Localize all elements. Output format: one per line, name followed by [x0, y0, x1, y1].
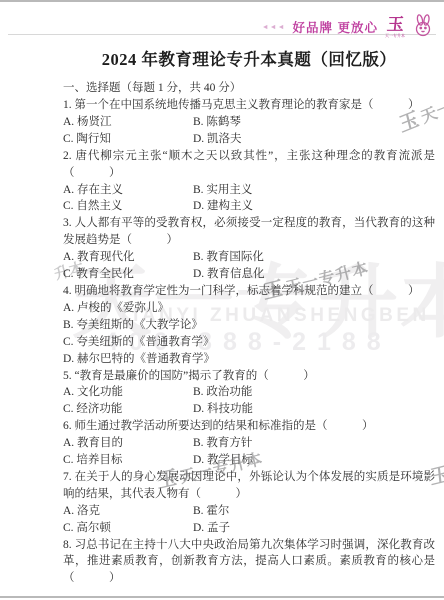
brand-logo-icon: 玉 [386, 16, 405, 33]
option-c: C. 经济功能 [63, 401, 193, 418]
page-title: 2024 年教育理论专升本真题（回忆版） [63, 46, 435, 70]
option-b: B. 教育国际化 [193, 249, 435, 266]
mascot-rabbit-icon [412, 14, 434, 40]
question-stem: 2. 唐代柳宗元主张“顺木之天以致其性”，主张这种理念的教育流派是（ ） [63, 148, 435, 182]
page-top-edge [0, 0, 444, 2]
option-a: A. 教育现代化 [63, 249, 193, 266]
question-options: A. 洛克 B. 霍尔 C. 高尔顿 D. 孟子 [63, 503, 435, 537]
option-b: B. 教育方针 [193, 435, 435, 452]
option-d: D. 孟子 [193, 520, 435, 537]
question-stem: 6. 师生通过教学活动所要达到的结果和标准指的是（ ） [63, 418, 435, 435]
option-d: D. 教学目标 [193, 452, 435, 469]
question-options: A. 存在主义 B. 实用主义 C. 自然主义 D. 建构主义 [63, 182, 435, 216]
brand-header: ◄◄◄ 好品牌 更放心 玉 天一专升本 [262, 14, 434, 40]
question-6: 6. 师生通过教学活动所要达到的结果和标准指的是（ ） A. 教育目的 B. 教… [63, 418, 435, 469]
option-d: D. 科技功能 [193, 401, 435, 418]
option-c: C. 陶行知 [63, 131, 193, 148]
exam-content: 2024 年教育理论专升本真题（回忆版） 一、选择题（每题 1 分，共 40 分… [63, 46, 435, 587]
question-options: A. 教育目的 B. 教育方针 C. 培养目标 D. 教学目标 [63, 435, 435, 469]
option-a: A. 存在主义 [63, 182, 193, 199]
brand-logo: 玉 天一专升本 [385, 16, 405, 38]
question-5: 5. “教育是最廉价的国防”揭示了教育的（ ） A. 文化功能 B. 政治功能 … [63, 368, 435, 419]
option-b: B. 陈鹤琴 [193, 114, 435, 131]
question-stem: 7. 在关于人的身心发展动因理论中，外铄论认为个体发展的实质是环境影响的结果，其… [63, 469, 435, 503]
section-heading: 一、选择题（每题 1 分，共 40 分） [63, 79, 435, 95]
brand-slogan: 好品牌 更放心 [293, 18, 378, 36]
question-stem: 1. 第一个在中国系统地传播马克思主义教育理论的教育家是（ ） [63, 97, 435, 114]
question-stem: 8. 习总书记在主持十八大中央政治局第九次集体学习时强调，深化教育改革，推进素质… [63, 537, 435, 588]
option-b: B. 政治功能 [193, 384, 435, 401]
question-stem: 5. “教育是最廉价的国防”揭示了教育的（ ） [63, 368, 435, 385]
option-c: C. 高尔顿 [63, 520, 193, 537]
question-options: A. 文化功能 B. 政治功能 C. 经济功能 D. 科技功能 [63, 384, 435, 418]
option-a: A. 教育目的 [63, 435, 193, 452]
question-8: 8. 习总书记在主持十八大中央政治局第九次集体学习时强调，深化教育改革，推进素质… [63, 537, 435, 588]
option-a: A. 洛克 [63, 503, 193, 520]
option-b: B. 实用主义 [193, 182, 435, 199]
option-c: C. 夸美纽斯的《普通教育学》 [63, 334, 435, 351]
option-d: D. 凯洛夫 [193, 131, 435, 148]
option-c: C. 教育全民化 [63, 266, 193, 283]
question-stem: 3. 人人都有平等的受教育权，必须接受一定程度的教育，当代教育的这种发展趋势是（… [63, 215, 435, 249]
option-b: B. 霍尔 [193, 503, 435, 520]
option-a: A. 卢梭的《爱弥儿》 [63, 300, 435, 317]
question-stem: 4. 明确地将教育学定性为一门科学，标志着学科规范的建立（ ） [63, 283, 435, 300]
question-1: 1. 第一个在中国系统地传播马克思主义教育理论的教育家是（ ） A. 杨贤江 B… [63, 97, 435, 148]
question-2: 2. 唐代柳宗元主张“顺木之天以致其性”，主张这种理念的教育流派是（ ） A. … [63, 148, 435, 216]
exam-page: { "header": { "arrows": "◄◄◄", "slogan":… [0, 0, 444, 600]
brand-logo-caption: 天一专升本 [385, 34, 405, 38]
option-d: D. 赫尔巴特的《普通教育学》 [63, 351, 435, 368]
question-7: 7. 在关于人的身心发展动因理论中，外铄论认为个体发展的实质是环境影响的结果，其… [63, 469, 435, 537]
triple-arrow-icon: ◄◄◄ [262, 23, 286, 31]
option-d: D. 建构主义 [193, 198, 435, 215]
question-options: A. 杨贤江 B. 陈鹤琴 C. 陶行知 D. 凯洛夫 [63, 114, 435, 148]
question-3: 3. 人人都有平等的受教育权，必须接受一定程度的教育，当代教育的这种发展趋势是（… [63, 215, 435, 283]
option-a: A. 杨贤江 [63, 114, 193, 131]
question-options: A. 卢梭的《爱弥儿》 B. 夸美纽斯的《大教学论》 C. 夸美纽斯的《普通教育… [63, 300, 435, 368]
question-4: 4. 明确地将教育学定性为一门科学，标志着学科规范的建立（ ） A. 卢梭的《爱… [63, 283, 435, 368]
option-c: C. 自然主义 [63, 198, 193, 215]
option-c: C. 培养目标 [63, 452, 193, 469]
option-d: D. 教育信息化 [193, 266, 435, 283]
question-options: A. 教育现代化 B. 教育国际化 C. 教育全民化 D. 教育信息化 [63, 249, 435, 283]
option-b: B. 夸美纽斯的《大教学论》 [63, 317, 435, 334]
option-a: A. 文化功能 [63, 384, 193, 401]
page-bottom-edge [0, 596, 444, 598]
